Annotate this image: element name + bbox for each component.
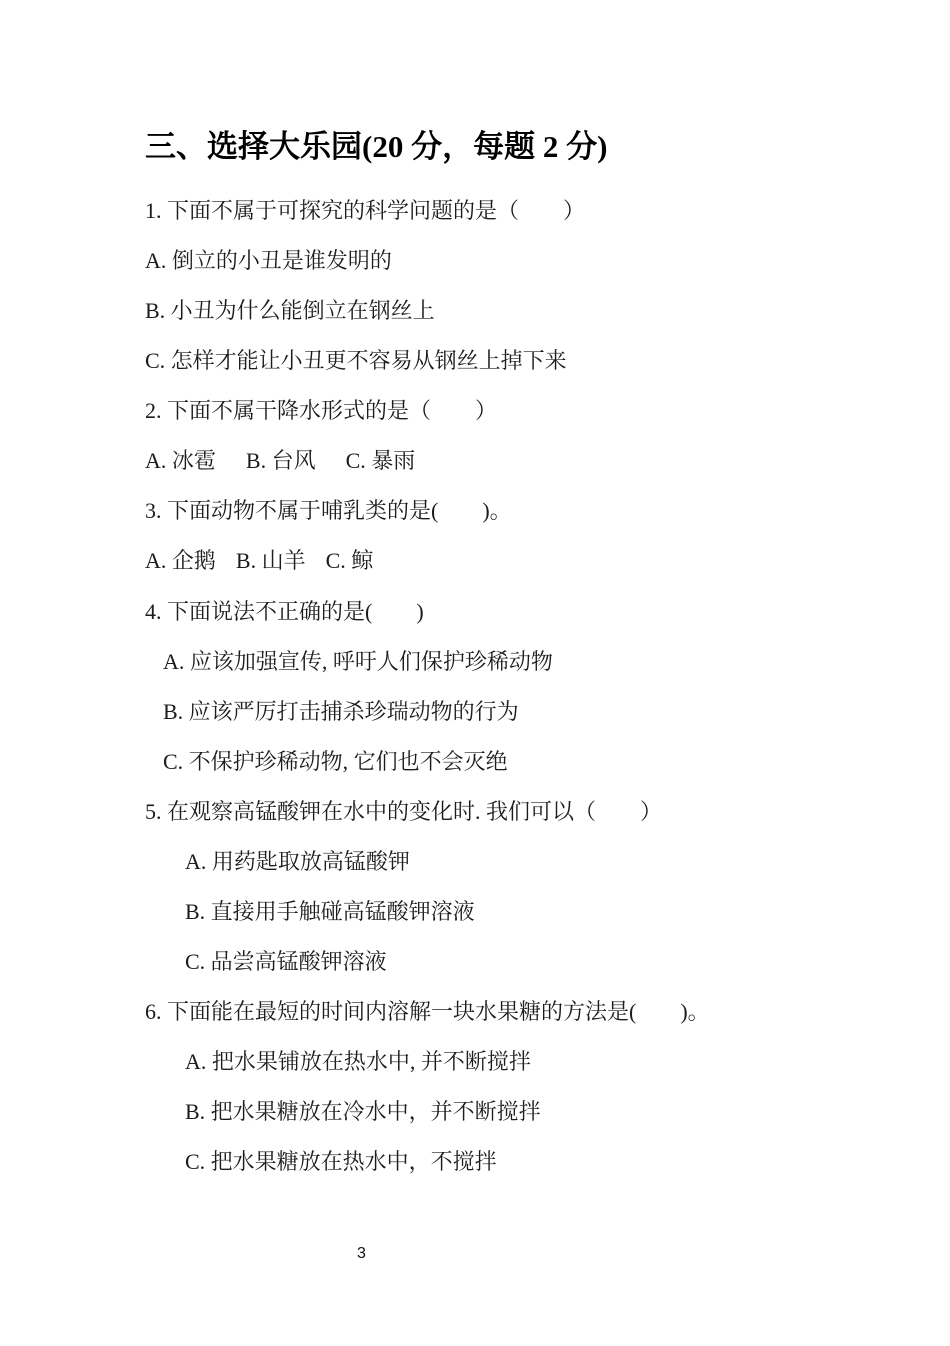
question-3-stem: 3. 下面动物不属于哺乳类的是( )。 xyxy=(145,496,825,526)
question-1-option-b: B. 小丑为什么能倒立在钢丝上 xyxy=(145,296,825,326)
question-6-option-a: A. 把水果铺放在热水中, 并不断搅拌 xyxy=(145,1047,825,1077)
question-5-stem: 5. 在观察高锰酸钾在水中的变化时. 我们可以（ ） xyxy=(145,797,825,827)
question-3: 3. 下面动物不属于哺乳类的是( )。 A. 企鹅 B. 山羊 C. 鲸 xyxy=(145,496,825,576)
question-6-option-b: B. 把水果糖放在冷水中，并不断搅拌 xyxy=(145,1097,825,1127)
question-3-options-row: A. 企鹅 B. 山羊 C. 鲸 xyxy=(145,546,825,576)
document-page: 三、选择大乐园(20 分，每题 2 分) 1. 下面不属于可探究的科学问题的是（… xyxy=(0,0,950,1346)
question-5-option-b: B. 直接用手触碰高锰酸钾溶液 xyxy=(145,897,825,927)
question-3-option-a: A. 企鹅 xyxy=(145,546,216,576)
question-1: 1. 下面不属于可探究的科学问题的是（ ） A. 倒立的小丑是谁发明的 B. 小… xyxy=(145,196,825,376)
page-content: 三、选择大乐园(20 分，每题 2 分) 1. 下面不属于可探究的科学问题的是（… xyxy=(145,126,825,1197)
question-4: 4. 下面说法不正确的是( ) A. 应该加强宣传, 呼吁人们保护珍稀动物 B.… xyxy=(145,597,825,777)
question-2-option-c: C. 暴雨 xyxy=(346,446,416,476)
page-number: 3 xyxy=(357,1244,366,1264)
question-1-option-a: A. 倒立的小丑是谁发明的 xyxy=(145,246,825,276)
question-2: 2. 下面不属干降水形式的是（ ） A. 冰雹 B. 台风 C. 暴雨 xyxy=(145,396,825,476)
question-6-stem: 6. 下面能在最短的时间内溶解一块水果糖的方法是( )。 xyxy=(145,997,825,1027)
question-3-option-b: B. 山羊 xyxy=(236,546,306,576)
question-4-option-c: C. 不保护珍稀动物, 它们也不会灭绝 xyxy=(145,747,825,777)
question-3-option-c: C. 鲸 xyxy=(326,546,374,576)
question-5-option-c: C. 品尝高锰酸钾溶液 xyxy=(145,947,825,977)
question-2-stem: 2. 下面不属干降水形式的是（ ） xyxy=(145,396,825,426)
question-4-option-a: A. 应该加强宣传, 呼吁人们保护珍稀动物 xyxy=(145,647,825,677)
question-6: 6. 下面能在最短的时间内溶解一块水果糖的方法是( )。 A. 把水果铺放在热水… xyxy=(145,997,825,1177)
question-5: 5. 在观察高锰酸钾在水中的变化时. 我们可以（ ） A. 用药匙取放高锰酸钾 … xyxy=(145,797,825,977)
question-2-options-row: A. 冰雹 B. 台风 C. 暴雨 xyxy=(145,446,825,476)
question-2-option-a: A. 冰雹 xyxy=(145,446,216,476)
question-2-option-b: B. 台风 xyxy=(246,446,316,476)
question-4-option-b: B. 应该严厉打击捕杀珍瑞动物的行为 xyxy=(145,697,825,727)
question-6-option-c: C. 把水果糖放在热水中，不搅拌 xyxy=(145,1147,825,1177)
question-1-option-c: C. 怎样才能让小丑更不容易从钢丝上掉下来 xyxy=(145,346,825,376)
question-4-stem: 4. 下面说法不正确的是( ) xyxy=(145,597,825,627)
question-5-option-a: A. 用药匙取放高锰酸钾 xyxy=(145,847,825,877)
section-title: 三、选择大乐园(20 分，每题 2 分) xyxy=(145,126,825,168)
question-1-stem: 1. 下面不属于可探究的科学问题的是（ ） xyxy=(145,196,825,226)
